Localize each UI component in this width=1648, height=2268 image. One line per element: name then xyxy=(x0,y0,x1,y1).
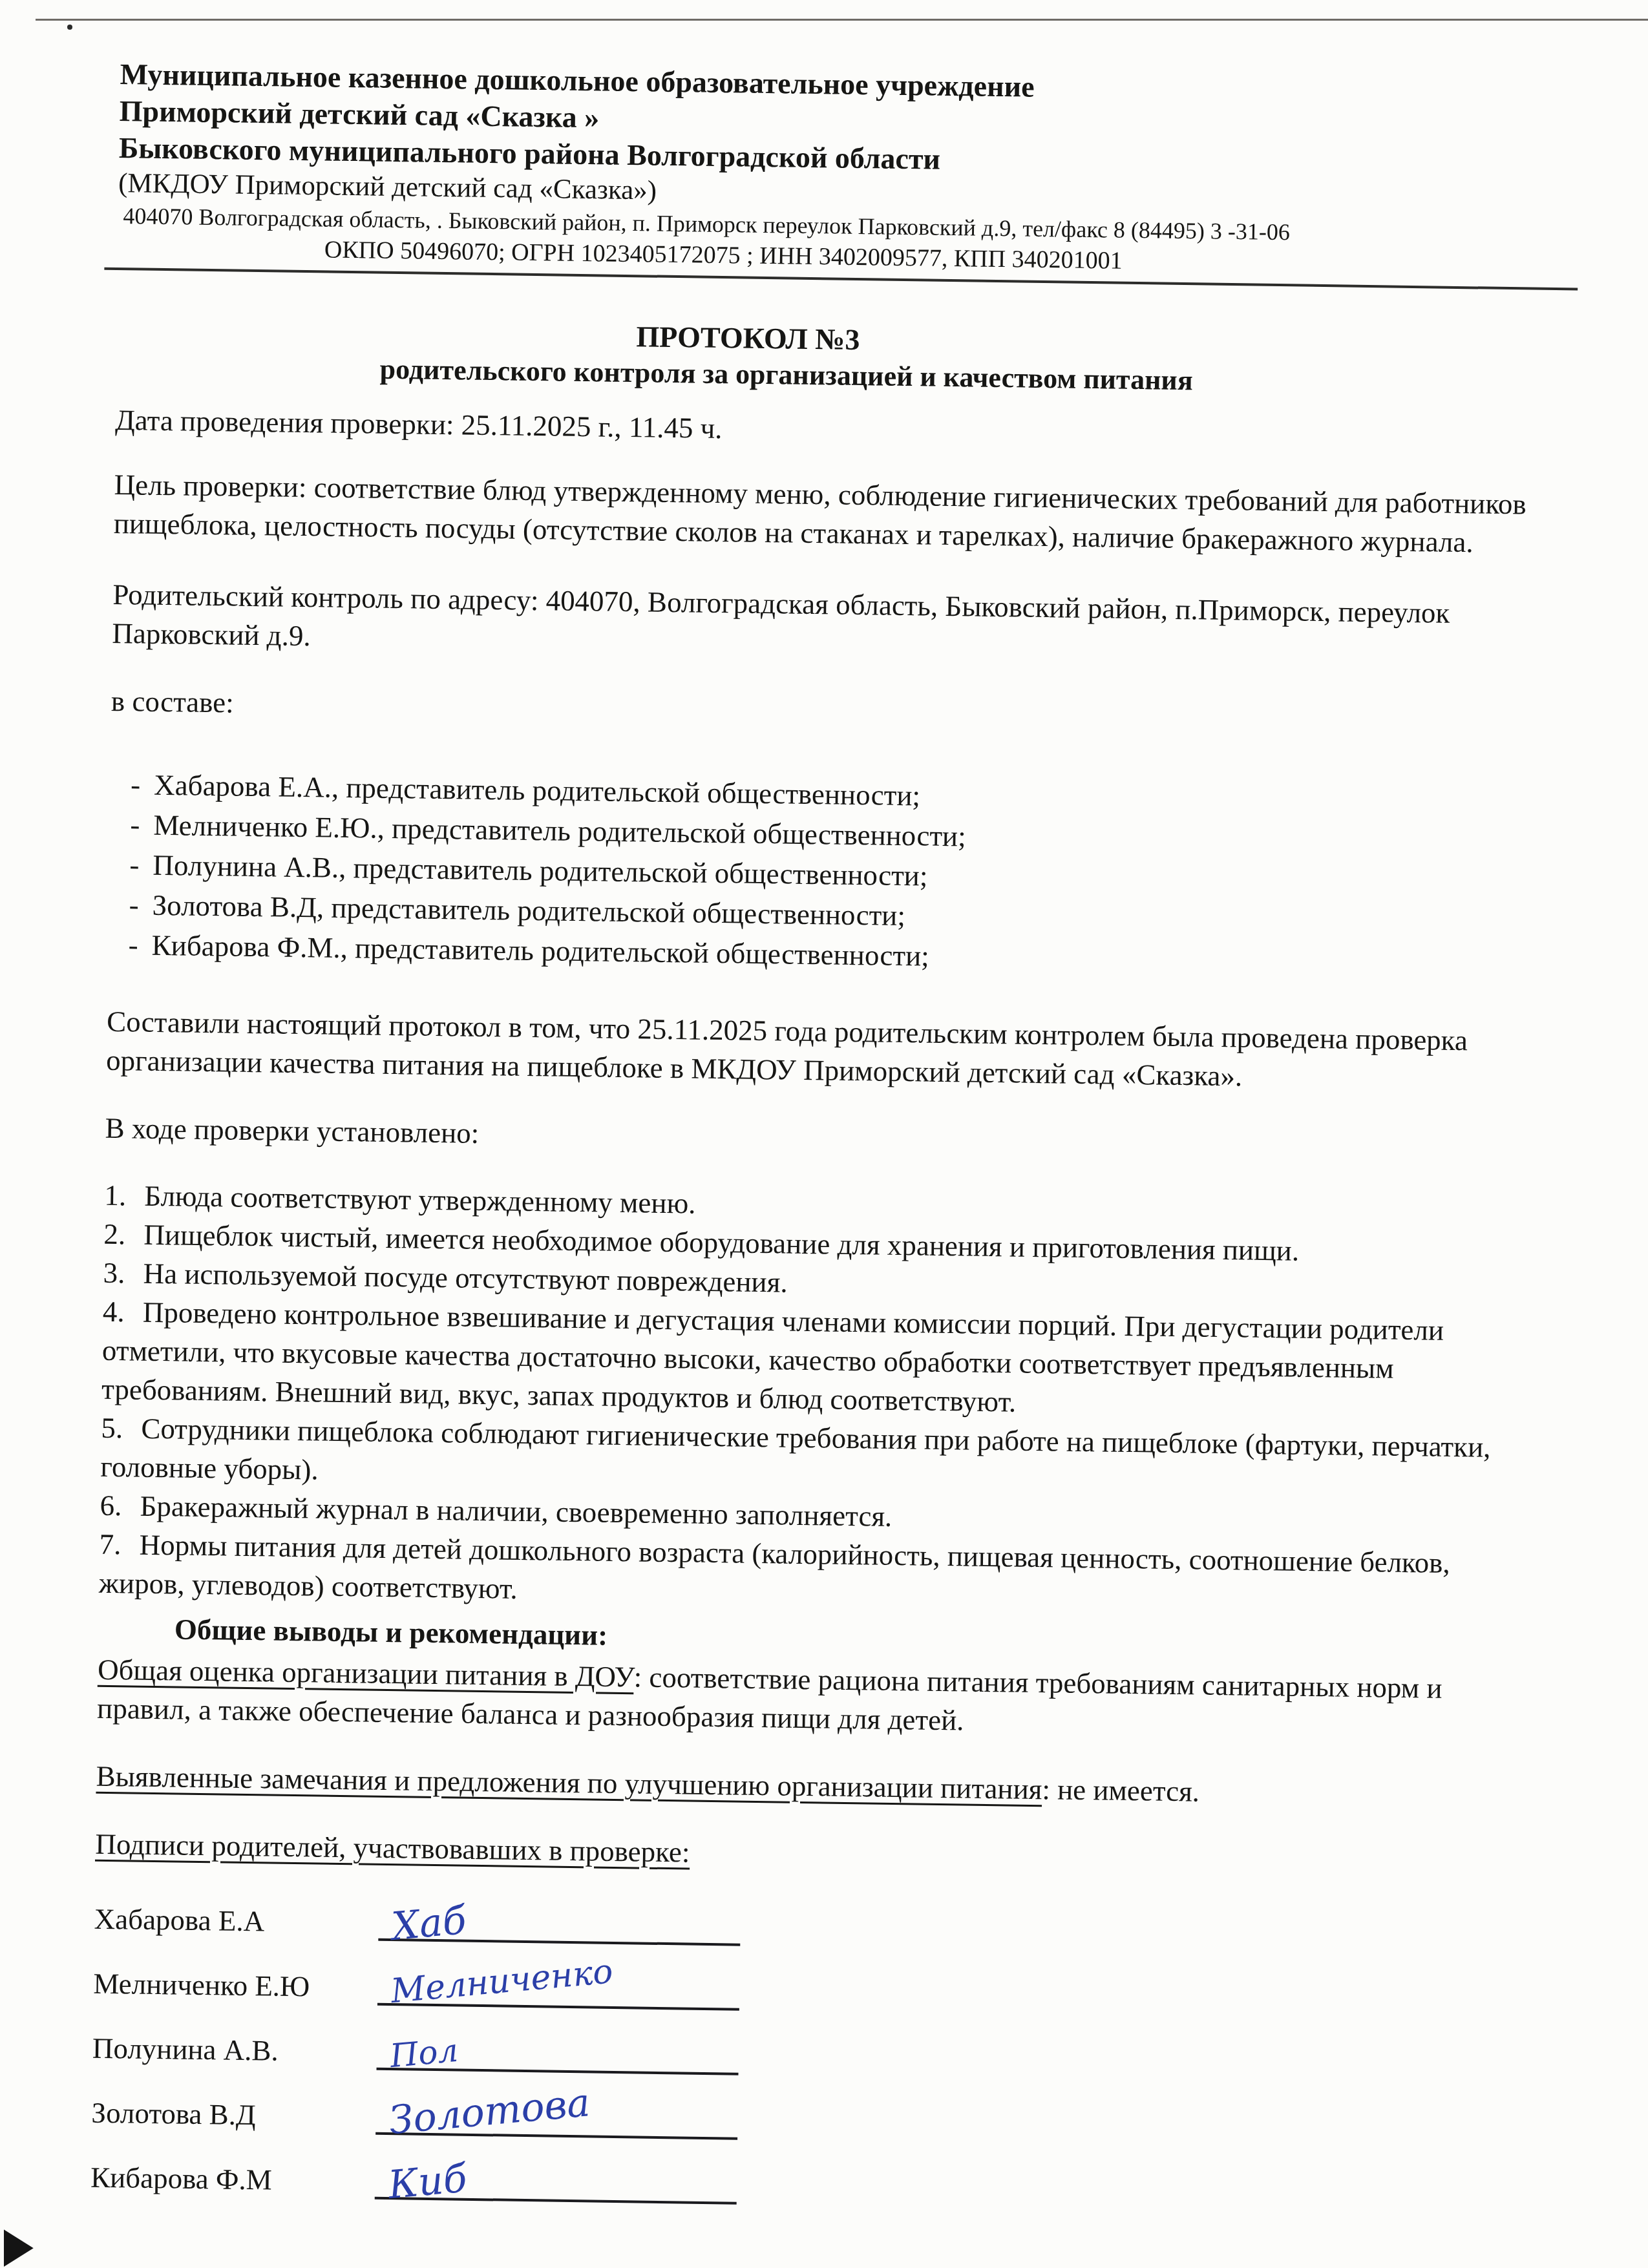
inspection-purpose: Цель проверки: соответствие блюд утвержд… xyxy=(113,465,1532,563)
protocol-title-block: ПРОТОКОЛ №3 родительского контроля за ор… xyxy=(116,311,1535,404)
overall-assessment: Общая оценка организации питания в ДОУ: … xyxy=(97,1650,1516,1748)
finding-number: 3. xyxy=(103,1254,143,1293)
finding-number: 6. xyxy=(100,1486,140,1526)
signer-name: Полунина А.В. xyxy=(92,2030,377,2070)
signatures-heading-text: Подписи родителей, участвовавших в прове… xyxy=(95,1828,690,1869)
list-dash: - xyxy=(131,764,154,804)
list-dash: - xyxy=(128,925,152,965)
finding-number: 5. xyxy=(101,1409,142,1448)
signature-handwriting: Киб xyxy=(386,2159,469,2205)
finding-number: 2. xyxy=(103,1215,144,1254)
remarks-text: : не имеется. xyxy=(1042,1773,1199,1807)
signature-line: Хаб xyxy=(378,1874,741,1946)
list-dash: - xyxy=(129,885,153,925)
member-name: Кибарова Ф.М., представитель родительско… xyxy=(151,929,929,972)
signature-handwriting: Мелниченко xyxy=(389,1952,615,2011)
signer-name: Золотова В.Д xyxy=(91,2095,376,2135)
findings-intro: В ходе проверки установлено: xyxy=(105,1109,1524,1168)
document-content: Муниципальное казенное дошкольное образо… xyxy=(90,56,1539,2215)
inspection-date: Дата проведения проверки: 25.11.2025 г.,… xyxy=(115,401,1534,459)
list-dash: - xyxy=(130,804,154,845)
finding-text: Проведено контрольное взвешивание и дегу… xyxy=(101,1296,1444,1418)
signer-name: Хабарова Е.А xyxy=(94,1901,379,1941)
signature-line: Мелниченко xyxy=(377,1938,740,2011)
findings-list: 1.Блюда соответствуют утвержденному меню… xyxy=(99,1176,1523,1622)
finding-text: Блюда соответствуют утвержденному меню. xyxy=(144,1180,696,1220)
signatures-block: Хабарова Е.А Хаб Мелниченко Е.Ю Мелничен… xyxy=(90,1873,1514,2216)
member-name: Мелниченко Е.Ю., представитель родительс… xyxy=(153,809,966,853)
member-name: Полунина А.В., представитель родительско… xyxy=(153,849,928,892)
finding-number: 7. xyxy=(99,1525,140,1564)
overall-assessment-lead: Общая оценка организации питания в ДОУ xyxy=(98,1654,634,1694)
protocol-statement: Составили настоящий протокол в том, что … xyxy=(106,1002,1525,1100)
finding-text: Бракеражный журнал в наличии, своевремен… xyxy=(140,1490,892,1533)
scan-speck xyxy=(67,25,72,30)
signatures-heading: Подписи родителей, участвовавших в прове… xyxy=(95,1825,1514,1884)
member-name: Золотова В.Д, представитель родительской… xyxy=(152,889,905,932)
scanned-document-page: Муниципальное казенное дошкольное образо… xyxy=(0,0,1648,2268)
finding-text: На используемой посуде отсутствуют повре… xyxy=(143,1257,788,1299)
signature-line: Киб xyxy=(375,2132,737,2205)
commission-members-list: -Хабарова Е.А., представитель родительск… xyxy=(107,764,1528,985)
finding-number: 4. xyxy=(102,1292,143,1332)
scan-edge-line xyxy=(36,19,1648,21)
finding-number: 1. xyxy=(104,1176,145,1215)
signature-handwriting: Золотова xyxy=(388,2083,592,2140)
remarks-lead: Выявленные замечания и предложения по ул… xyxy=(96,1760,1042,1805)
signature-line: Пол xyxy=(377,2003,739,2075)
org-header: Муниципальное казенное дошкольное образо… xyxy=(117,56,1538,290)
signer-name: Кибарова Ф.М xyxy=(90,2159,375,2200)
signature-line: Золотова xyxy=(375,2068,738,2140)
list-dash: - xyxy=(129,845,153,885)
member-name: Хабарова Е.А., представитель родительско… xyxy=(154,769,920,812)
inspection-address: Родительский контроль по адресу: 404070,… xyxy=(112,575,1531,673)
composition-label: в составе: xyxy=(111,682,1530,740)
remarks-line: Выявленные замечания и предложения по ул… xyxy=(96,1757,1515,1816)
signer-name: Мелниченко Е.Ю xyxy=(93,1966,378,2006)
finding-item: 4.Проведено контрольное взвешивание и де… xyxy=(101,1292,1521,1429)
scan-corner-artifact xyxy=(4,2228,37,2267)
